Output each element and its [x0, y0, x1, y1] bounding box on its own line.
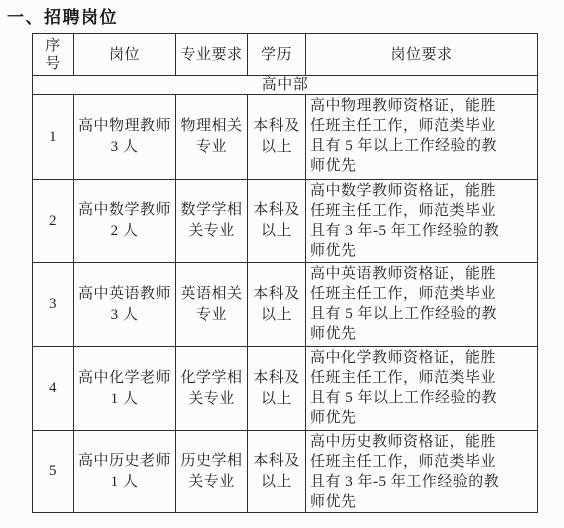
- cell-major: 化学学相 关专业: [176, 347, 248, 431]
- cell-no: 5: [33, 431, 74, 513]
- cell-major: 数学学相 关专业: [176, 180, 248, 263]
- section-row: 高中部: [33, 76, 538, 95]
- cell-requirement: 高中数学教师资格证，能胜 任班主任工作，师范类毕业 且有 3 年-5 年工作经验…: [306, 180, 538, 263]
- cell-position: 高中化学老师 1 人: [74, 347, 176, 431]
- cell-requirement: 高中英语教师资格证，能胜 任班主任工作，师范类毕业 且有 5 年以上工作经验的教…: [306, 263, 538, 347]
- document-page: 一、招聘岗位 序 号 岗位 专业要求 学历 岗位要求 高中部 1 高中物理教师 …: [0, 0, 564, 528]
- table-row: 5 高中历史老师 1 人 历史学相 关专业 本科及 以上 高中历史教师资格证，能…: [33, 431, 538, 513]
- cell-no: 2: [33, 180, 74, 263]
- table-row: 2 高中数学教师 2 人 数学学相 关专业 本科及 以上 高中数学教师资格证，能…: [33, 180, 538, 263]
- cell-major: 英语相关 专业: [176, 263, 248, 347]
- cell-position: 高中英语教师 3 人: [74, 263, 176, 347]
- cell-requirement: 高中化学教师资格证，能胜 任班主任工作，师范类毕业 且有 5 年以上工作经验的教…: [306, 347, 538, 431]
- header-degree: 学历: [248, 34, 306, 76]
- header-requirement: 岗位要求: [306, 34, 538, 76]
- cell-requirement: 高中历史教师资格证，能胜 任班主任工作，师范类毕业 且有 3 年-5 年工作经验…: [306, 431, 538, 513]
- cell-no: 3: [33, 263, 74, 347]
- cell-position: 高中数学教师 2 人: [74, 180, 176, 263]
- table-row: 4 高中化学老师 1 人 化学学相 关专业 本科及 以上 高中化学教师资格证，能…: [33, 347, 538, 431]
- section-label: 高中部: [33, 76, 538, 95]
- page-title: 一、招聘岗位: [7, 3, 118, 28]
- cell-no: 1: [33, 95, 74, 180]
- header-no: 序 号: [33, 34, 74, 76]
- cell-degree: 本科及 以上: [248, 431, 306, 513]
- cell-degree: 本科及 以上: [248, 263, 306, 347]
- table-row: 1 高中物理教师 3 人 物理相关 专业 本科及 以上 高中物理教师资格证，能胜…: [33, 95, 538, 180]
- table-header-row: 序 号 岗位 专业要求 学历 岗位要求: [33, 34, 538, 76]
- cell-position: 高中历史老师 1 人: [74, 431, 176, 513]
- cell-requirement: 高中物理教师资格证，能胜 任班主任工作，师范类毕业 且有 5 年以上工作经验的教…: [306, 95, 538, 180]
- recruitment-table: 序 号 岗位 专业要求 学历 岗位要求 高中部 1 高中物理教师 3 人 物理相…: [32, 33, 538, 513]
- cell-position: 高中物理教师 3 人: [74, 95, 176, 180]
- cell-no: 4: [33, 347, 74, 431]
- cell-major: 历史学相 关专业: [176, 431, 248, 513]
- cell-degree: 本科及 以上: [248, 347, 306, 431]
- header-major: 专业要求: [176, 34, 248, 76]
- header-position: 岗位: [74, 34, 176, 76]
- cell-major: 物理相关 专业: [176, 95, 248, 180]
- table-row: 3 高中英语教师 3 人 英语相关 专业 本科及 以上 高中英语教师资格证，能胜…: [33, 263, 538, 347]
- cell-degree: 本科及 以上: [248, 180, 306, 263]
- cell-degree: 本科及 以上: [248, 95, 306, 180]
